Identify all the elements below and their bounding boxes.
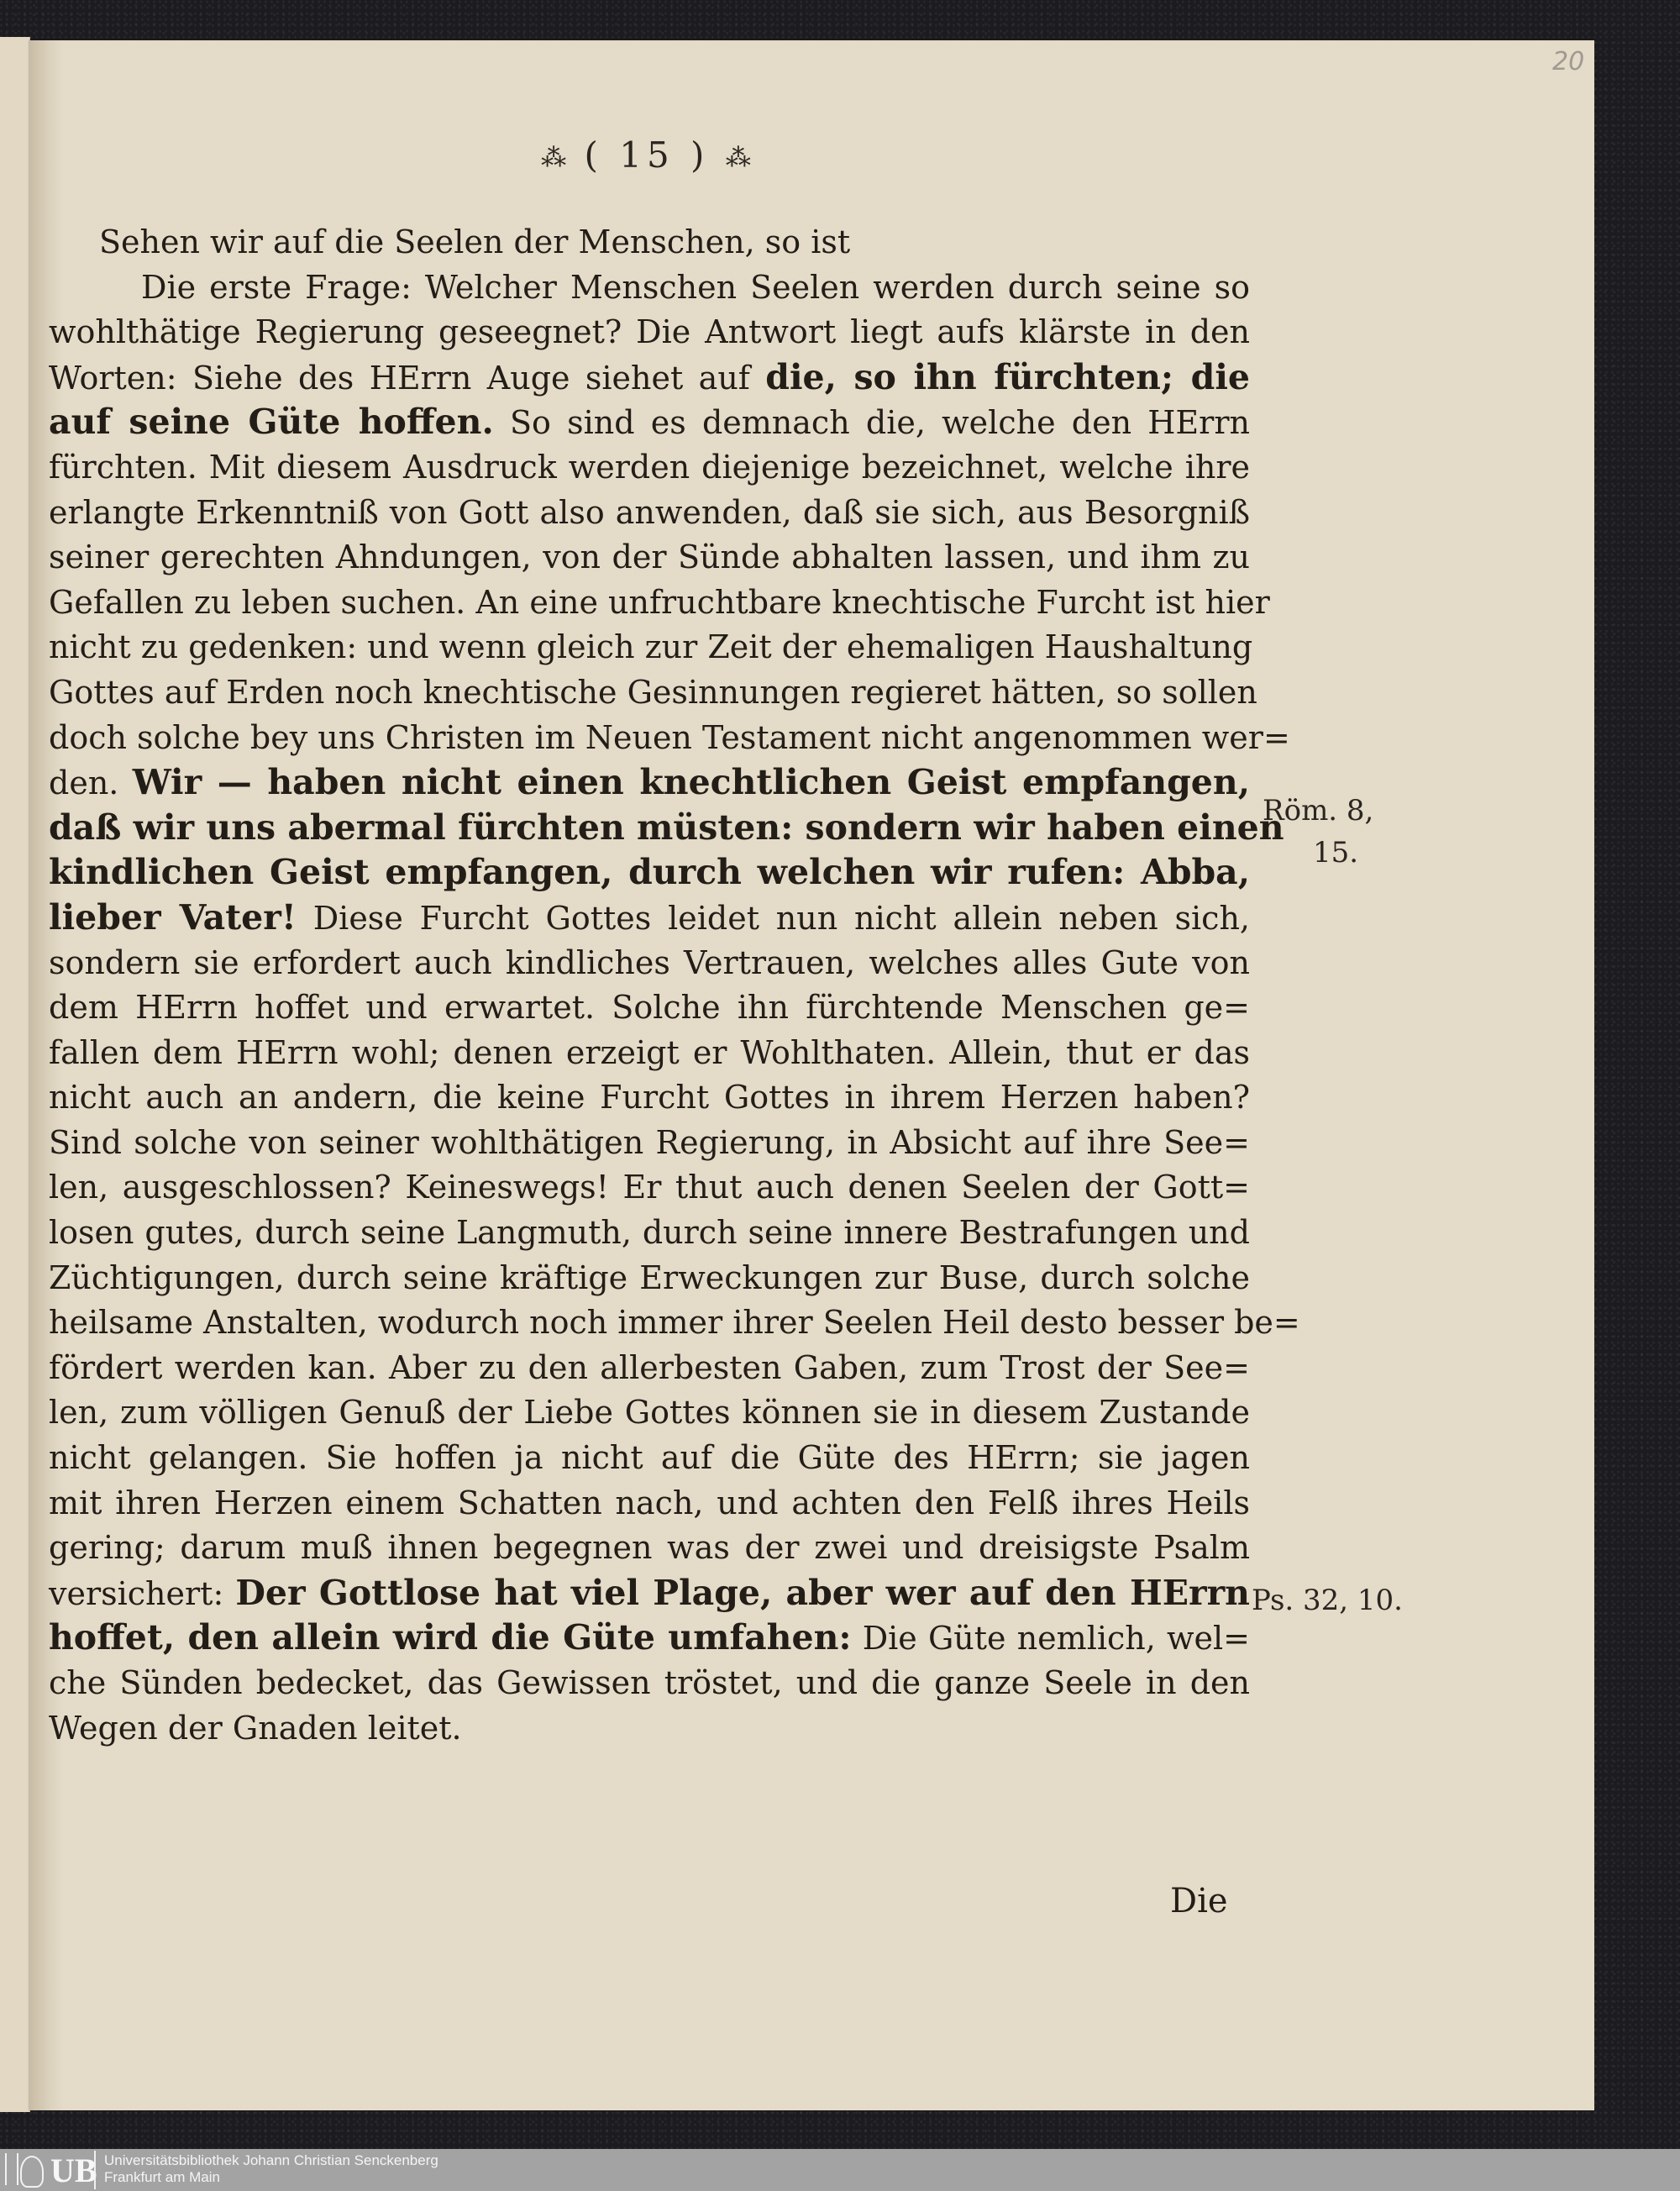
body-text: Sehen wir auf die Seelen der Menschen, s… [49, 220, 1250, 1751]
page-number: ( 15 ) [585, 134, 710, 176]
text-line: doch solche bey uns Christen im Neuen Te… [49, 716, 1250, 761]
text-line: fallen dem HErrn wohl; denen erzeigt er … [49, 1031, 1250, 1076]
logo-columns-icon [5, 2153, 18, 2185]
text-line: len, ausgeschlossen? Keineswegs! Er thut… [49, 1165, 1250, 1211]
text-line: Gefallen zu leben suchen. An eine unfruc… [49, 581, 1250, 626]
facing-page-edge [0, 37, 30, 2112]
text-line: Die erste Frage: Welcher Menschen Seelen… [49, 265, 1250, 311]
text-line: kindlichen Geist empfangen, durch welche… [49, 850, 1250, 896]
text-line: seiner gerechten Ahndungen, von der Sünd… [49, 535, 1250, 581]
ornament-asterism-right: ⁂ [726, 144, 753, 173]
emphasis-text: Wir — haben nicht einen knechtlichen Gei… [133, 762, 1250, 802]
emphasis-text: Der Gottlose hat viel Plage, aber wer au… [235, 1573, 1250, 1613]
ornament-asterism-left: ⁂ [541, 144, 568, 173]
text-line: che Sünden bedecket, das Gewissen tröste… [49, 1661, 1250, 1706]
library-logo: UB [3, 2151, 96, 2189]
text-line: versichert: Der Gottlose hat viel Plage,… [49, 1571, 1250, 1616]
text-line: wohlthätige Regierung geseegnet? Die Ant… [49, 310, 1250, 355]
text-segment: Diese Furcht Gottes leidet nun nicht all… [313, 900, 1250, 937]
text-line: losen gutes, durch seine Langmuth, durch… [49, 1211, 1250, 1256]
text-line: mit ihren Herzen einem Schatten nach, un… [49, 1481, 1250, 1526]
text-line: len, zum völligen Genuß der Liebe Gottes… [49, 1390, 1250, 1436]
text-line: hoffet, den allein wird die Güte umfahen… [49, 1616, 1250, 1661]
text-line: Worten: Siehe des HErrn Auge siehet auf … [49, 355, 1250, 401]
margin-reference-romans: Röm. 8, [1263, 794, 1373, 828]
text-line: sondern sie erfordert auch kindliches Ve… [49, 941, 1250, 986]
text-line: heilsame Anstalten, wodurch noch immer i… [49, 1300, 1250, 1346]
text-line: Gottes auf Erden noch knechtische Gesinn… [49, 670, 1250, 716]
text-line: nicht zu gedenken: und wenn gleich zur Z… [49, 625, 1250, 670]
text-line: fürchten. Mit diesem Ausdruck werden die… [49, 445, 1250, 491]
text-line: auf seine Güte hoffen. So sind es demnac… [49, 400, 1250, 445]
text-line: den. Wir — haben nicht einen knechtliche… [49, 760, 1250, 806]
text-line: daß wir uns abermal fürchten müsten: son… [49, 806, 1250, 851]
text-line: Sehen wir auf die Seelen der Menschen, s… [49, 220, 1250, 265]
catchword: Die [1170, 1882, 1228, 1920]
library-name-line1: Universitätsbibliothek Johann Christian … [104, 2152, 438, 2169]
text-line: gering; darum muß ihnen begegnen was der… [49, 1526, 1250, 1571]
pencil-folio-number: 20 [1552, 47, 1584, 76]
margin-reference-psalm: Ps. 32, 10. [1252, 1584, 1403, 1617]
text-line: dem HErrn hoffet und erwartet. Solche ih… [49, 985, 1250, 1031]
emphasis-text: die, so ihn fürchten; die [765, 357, 1250, 397]
margin-reference-romans-verse: 15. [1313, 836, 1358, 870]
logo-portrait-icon [20, 2156, 44, 2188]
text-line: nicht auch an andern, die keine Furcht G… [49, 1075, 1250, 1121]
text-segment: versichert: [49, 1575, 223, 1612]
emphasis-text: hoffet, den allein wird die Güte umfahen… [49, 1617, 852, 1658]
text-line: lieber Vater! Diese Furcht Gottes leidet… [49, 896, 1250, 941]
emphasis-text: auf seine Güte hoffen. [49, 402, 494, 442]
text-line: fördert werden kan. Aber zu den allerbes… [49, 1346, 1250, 1391]
text-segment: den. [49, 764, 118, 801]
library-name-line2: Frankfurt am Main [104, 2169, 438, 2186]
text-line: Wegen der Gnaden leitet. [49, 1706, 1250, 1752]
library-name: Universitätsbibliothek Johann Christian … [104, 2152, 438, 2186]
text-segment: Die Güte nemlich, wel= [863, 1620, 1250, 1657]
text-line: Züchtigungen, durch seine kräftige Erwec… [49, 1256, 1250, 1301]
text-line: Sind solche von seiner wohlthätigen Regi… [49, 1121, 1250, 1166]
emphasis-text: lieber Vater! [49, 897, 297, 938]
text-segment: Worten: Siehe des HErrn Auge siehet auf [49, 360, 750, 397]
text-segment: So sind es demnach die, welche den HErrn [510, 404, 1250, 441]
logo-ub-text: UB [50, 2152, 97, 2189]
text-line: erlangte Erkenntniß von Gott also anwend… [49, 491, 1250, 536]
text-line: nicht gelangen. Sie hoffen ja nicht auf … [49, 1436, 1250, 1481]
running-head: ⁂ ( 15 ) ⁂ [454, 134, 840, 176]
